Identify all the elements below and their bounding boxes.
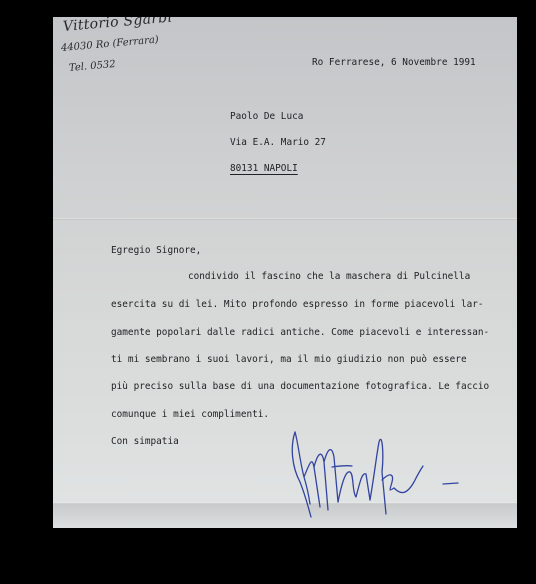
date-line: Ro Ferrarese, 6 Novembre 1991 (312, 57, 476, 68)
paper-fold-line (53, 218, 517, 220)
letterhead-telephone: Tel. 0532 (69, 59, 117, 74)
body-line: comunque i miei complimenti. (111, 409, 269, 420)
body-line: ti mi sembrano i suoi lavori, ma il mio … (111, 354, 467, 365)
recipient-name: Paolo De Luca (230, 111, 303, 122)
handwritten-signature (282, 422, 472, 527)
closing: Con simpatia (111, 436, 179, 447)
letter-paper: Vittorio Sgarbi 44030 Ro (Ferrara) Tel. … (53, 17, 517, 528)
letterhead-address: 44030 Ro (Ferrara) (61, 34, 160, 54)
body-line: più preciso sulla base di una documentaz… (111, 381, 489, 392)
body-line: esercita su di lei. Mito profondo espres… (111, 299, 484, 310)
recipient-street: Via E.A. Mario 27 (230, 137, 326, 148)
body-line: condivido il fascino che la maschera di … (188, 271, 470, 282)
letterhead-name: Vittorio Sgarbi (62, 17, 173, 35)
salutation: Egregio Signore, (111, 245, 201, 256)
body-line: gamente popolari dalle radici antiche. C… (111, 327, 489, 338)
recipient-city: 80131 NAPOLI (230, 163, 298, 174)
